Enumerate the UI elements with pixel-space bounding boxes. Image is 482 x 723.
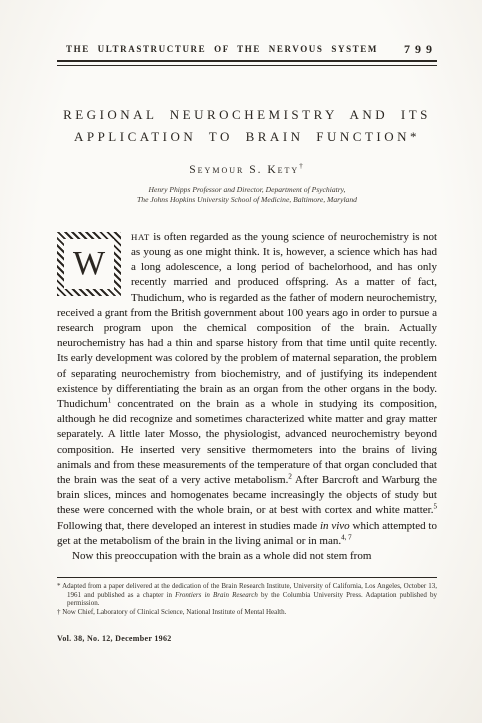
- citation-ref-3: 5: [434, 503, 438, 511]
- footnote-block: * Adapted from a paper delivered at the …: [57, 577, 437, 616]
- author-byline: Seymour S. Kety†: [57, 162, 437, 176]
- page-content: THE ULTRASTRUCTURE OF THE NERVOUS SYSTEM…: [57, 44, 437, 643]
- footnote-1: * Adapted from a paper delivered at the …: [57, 582, 437, 608]
- affiliation-line1: Henry Phipps Professor and Director, Dep…: [57, 185, 437, 195]
- lead-smallcaps: HAT: [131, 232, 150, 242]
- author-affiliation: Henry Phipps Professor and Director, Dep…: [57, 185, 437, 205]
- body-text-run: Following that, there developed an inter…: [57, 520, 320, 532]
- header-double-rule: [57, 60, 437, 66]
- dropcap-ornament-frame: W: [57, 232, 121, 296]
- author-name: Seymour S. Kety: [189, 164, 299, 176]
- footnote-book-title-italic: Frontiers in Brain Research: [175, 591, 258, 599]
- page-number: 799: [404, 42, 437, 57]
- latin-phrase-italic: in vivo: [320, 520, 350, 532]
- scanned-page: THE ULTRASTRUCTURE OF THE NERVOUS SYSTEM…: [0, 0, 482, 723]
- author-footnote-mark: †: [299, 162, 305, 170]
- footnote-rule: [57, 577, 437, 578]
- running-head-title: THE ULTRASTRUCTURE OF THE NERVOUS SYSTEM: [66, 44, 378, 54]
- running-header: THE ULTRASTRUCTURE OF THE NERVOUS SYSTEM…: [57, 44, 437, 54]
- footnote-2: † Now Chief, Laboratory of Clinical Scie…: [57, 608, 437, 617]
- article-body: WHAT is often regarded as the young scie…: [57, 230, 437, 564]
- article-title: REGIONAL NEUROCHEMISTRY AND ITS APPLICAT…: [57, 104, 437, 148]
- affiliation-line2: The Johns Hopkins University School of M…: [57, 195, 437, 205]
- paragraph-2: Now this preoccupation with the brain as…: [57, 549, 437, 564]
- citation-ref-4: 4, 7: [341, 533, 352, 541]
- dropcap-letter: W: [73, 247, 105, 281]
- body-text-run: concentrated on the brain as a whole in …: [57, 398, 437, 486]
- article-title-line2: APPLICATION TO BRAIN FUNCTION*: [57, 126, 437, 148]
- journal-issue-info: Vol. 38, No. 12, December 1962: [57, 634, 437, 643]
- article-title-line1: REGIONAL NEUROCHEMISTRY AND ITS: [57, 104, 437, 126]
- paragraph-1: WHAT is often regarded as the young scie…: [57, 230, 437, 549]
